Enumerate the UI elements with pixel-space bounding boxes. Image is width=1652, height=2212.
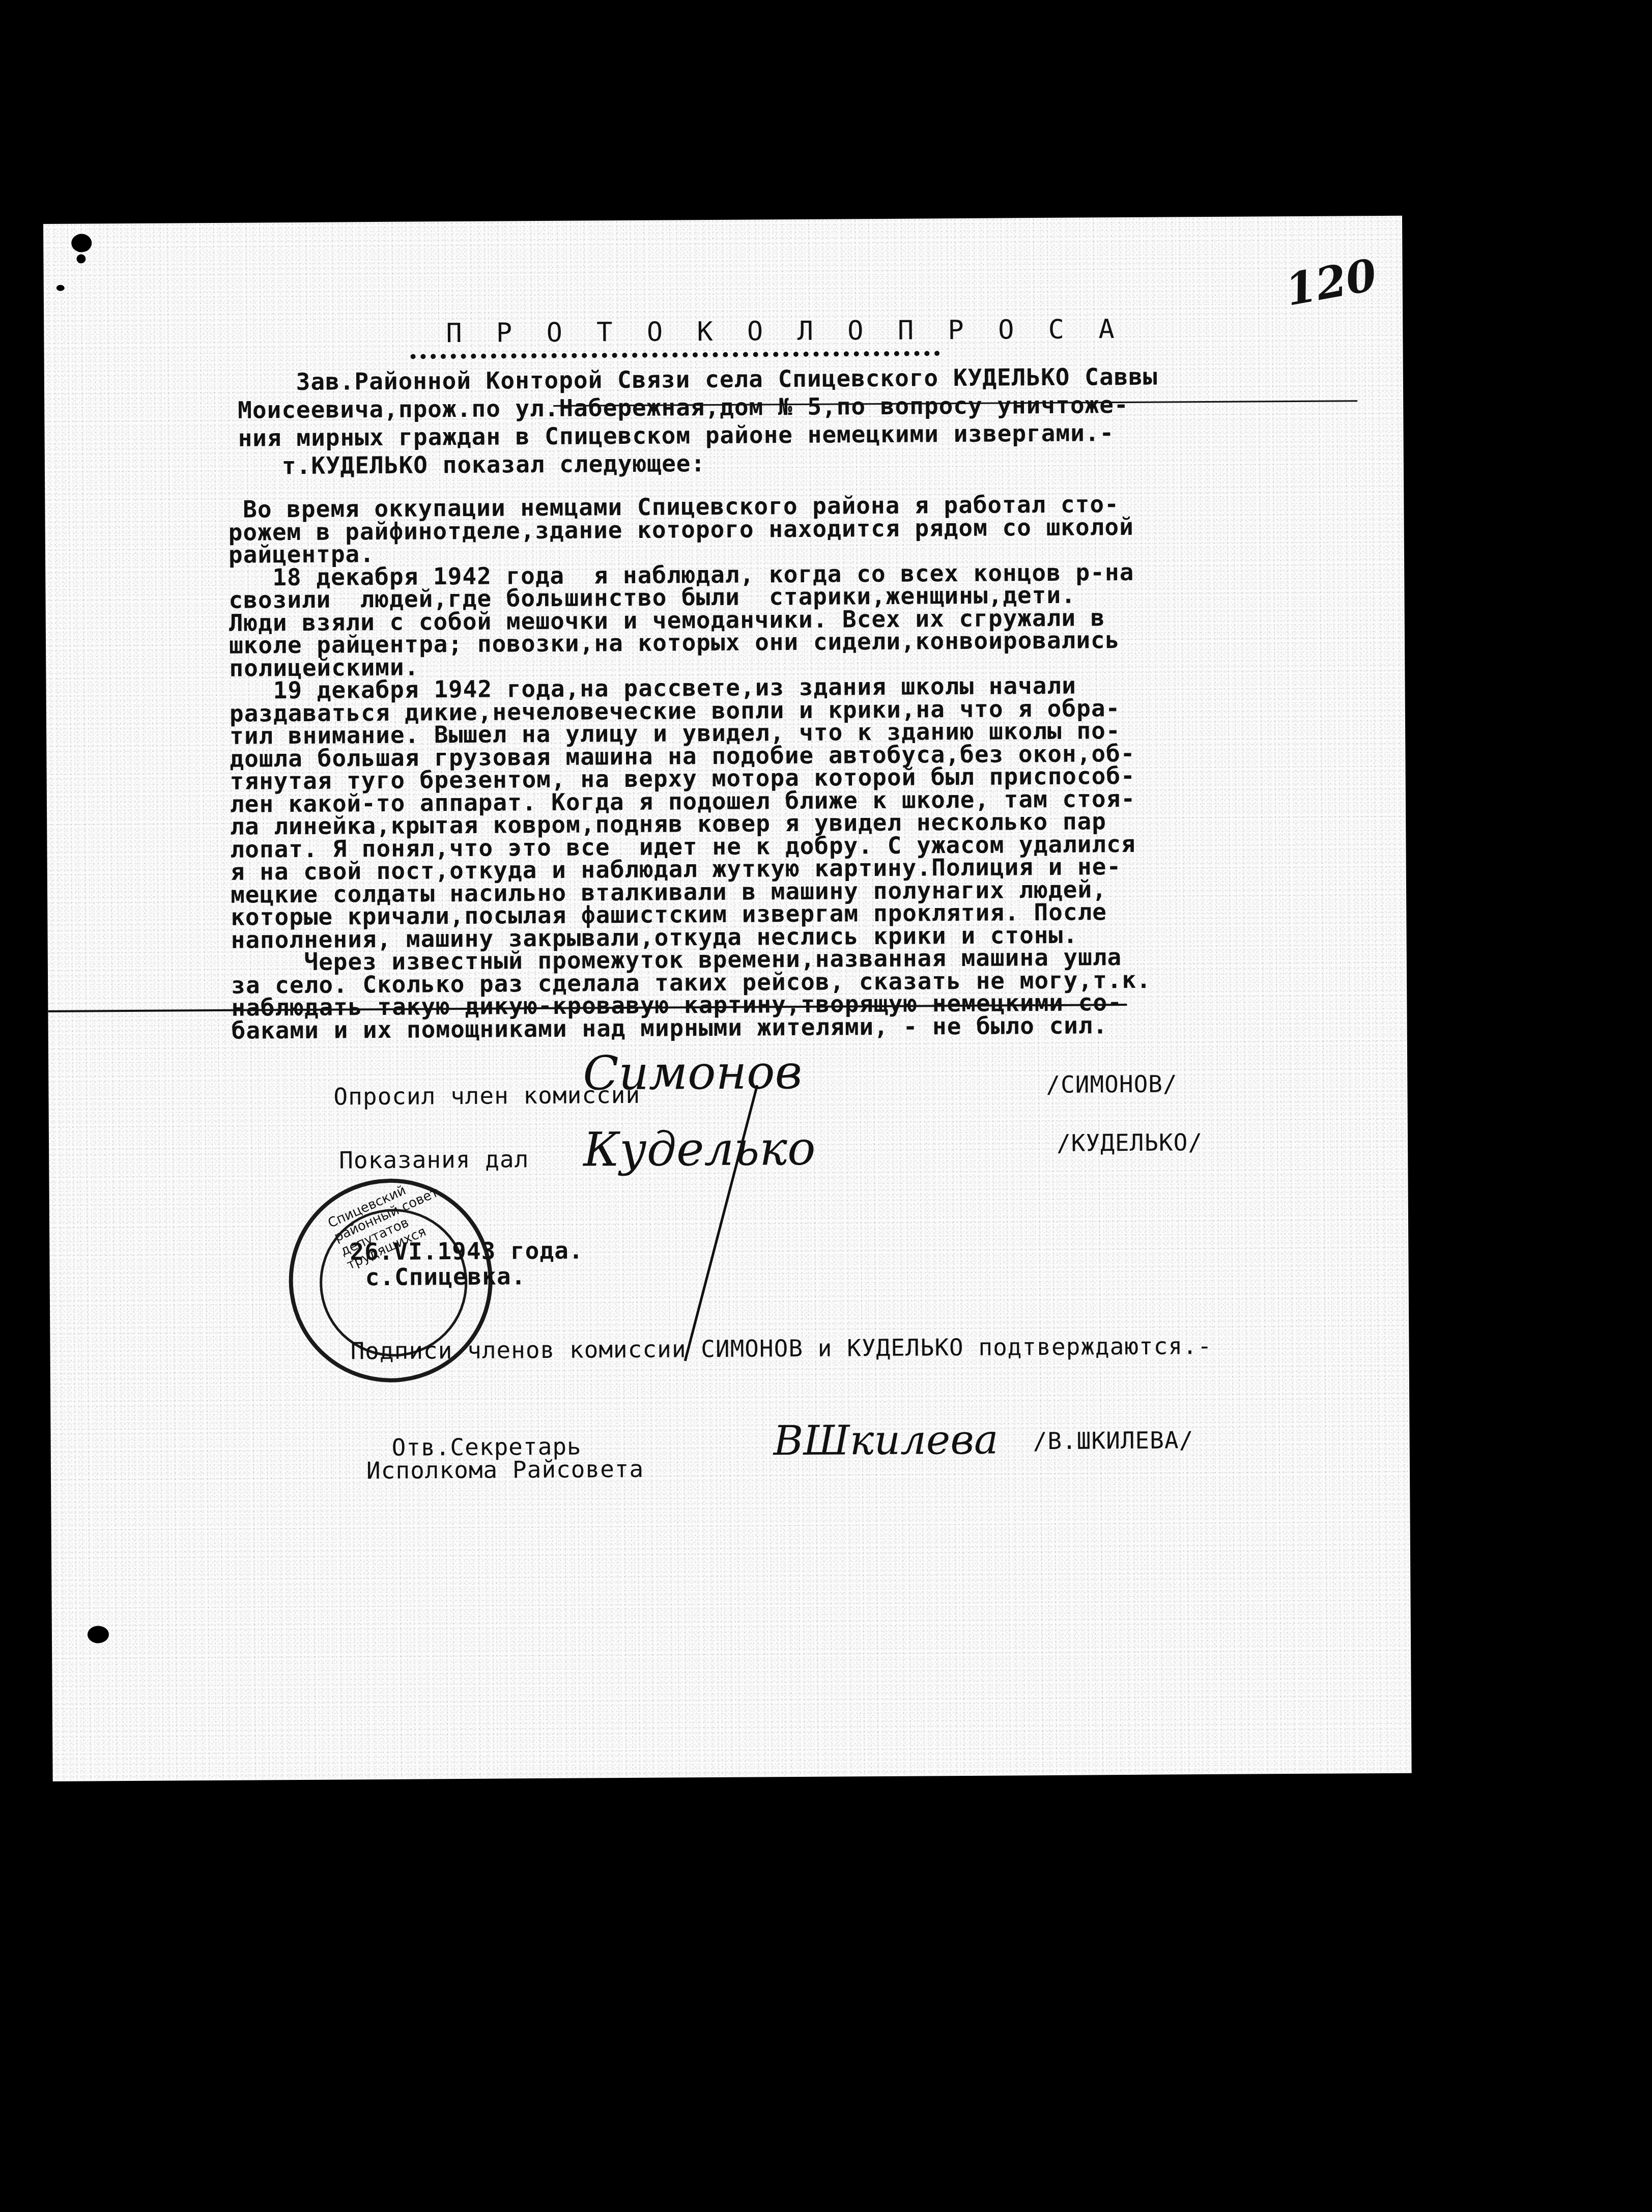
secretary-title-2: Исполкома Райсовета — [366, 1457, 644, 1482]
certification-line: Подписи членов комиссии СИМОНОВ и КУДЕЛЬ… — [350, 1334, 1212, 1363]
secretary-name: /В.ШКИЛЕВА/ — [1033, 1428, 1194, 1453]
testimony-line: школе райцентра; повозки,на которых они … — [229, 628, 1120, 657]
punch-hole-bottom — [88, 1626, 109, 1643]
intro-line: ния мирных граждан в Спицевском районе н… — [238, 421, 1114, 450]
place-line: с.Спицевка. — [365, 1264, 526, 1289]
page-number: 120 — [1281, 249, 1381, 316]
punch-hole-top — [71, 234, 92, 252]
witness-name: /КУДЕЛЬКО/ — [1057, 1130, 1203, 1155]
paper-mark — [76, 254, 86, 263]
document-page: 120 П Р О Т О К О Л О П Р О С А Зав.Райо… — [43, 216, 1412, 1781]
title-underline — [411, 351, 940, 359]
intro-line: Моисеевича,прож.по ул.Набережная,дом № 5… — [238, 393, 1129, 422]
interviewer-name: /СИМОНОВ/ — [1046, 1072, 1178, 1096]
intro-line: Зав.Районной Конторой Связи села Спицевс… — [238, 365, 1158, 394]
testimony-line: баками и их помощниками над мирными жите… — [232, 1013, 1108, 1042]
document-title: П Р О Т О К О Л О П Р О С А — [446, 314, 1124, 349]
paper-mark — [56, 285, 65, 291]
testimony-line: рожем в райфинотделе,здание которого нах… — [229, 515, 1134, 544]
intro-line: т.КУДЕЛЬКО показал следующее: — [238, 451, 705, 478]
secretary-signature: ВШкилева — [773, 1420, 998, 1462]
witness-signature: Куделько — [583, 1125, 816, 1174]
interviewer-signature: Симонов — [583, 1049, 802, 1097]
date-line: 26.VI.1943 года. — [350, 1239, 583, 1264]
